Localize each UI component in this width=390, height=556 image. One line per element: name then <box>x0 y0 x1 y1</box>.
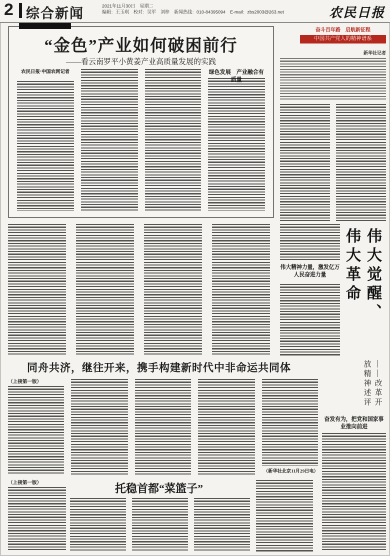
spirit-byline-wrap: 新华社记者 <box>280 50 386 56</box>
spirit-vertical-subtitle: ——改革开放精神述评 <box>342 334 384 416</box>
text-column <box>132 498 188 552</box>
africa-column-1: （上接第一版） <box>8 379 64 475</box>
campaign-banner: 奋斗百年路 启航新征程 中国共产党人的精神谱系 <box>300 27 386 45</box>
text-column <box>81 69 138 211</box>
lead-column-2 <box>81 69 138 211</box>
lead-col4-subhead: 绿色发展 产业融合有质量 <box>208 69 265 84</box>
lead-byline: 农民日报·中国农网记者 <box>17 69 74 75</box>
africa-column-4 <box>198 379 254 475</box>
spirit-vertical-headline-block: 伟大觉醒、伟大革命 ——改革开放精神述评 <box>342 228 384 416</box>
spirit-subhead-1: 伟大精神力量，激发亿万人民奋进力量 <box>280 264 340 279</box>
text-column <box>208 78 265 211</box>
text-column <box>322 433 386 552</box>
text-column <box>194 498 250 552</box>
spirit-byline: 新华社记者 <box>280 50 386 56</box>
masthead-logo: 农民日报 <box>329 2 385 21</box>
banner-strip: 中国共产党人的精神谱系 <box>300 35 386 43</box>
section-title: 综合新闻 <box>26 2 84 22</box>
basket-headline: 托稳首都“菜篮子” <box>66 480 252 496</box>
lead-columns: 农民日报·中国农网记者 绿色发展 产业融合有质量 <box>17 69 265 211</box>
header-divider-bar <box>19 3 22 18</box>
text-column <box>280 284 340 356</box>
text-column <box>145 69 202 211</box>
lead-column-1: 农民日报·中国农网记者 <box>17 69 74 211</box>
continued-marker: （上接第一版） <box>8 379 64 385</box>
header-meta: 2021年11月30日 星期二 编辑：王玉琪 校对：吴军 刘梓 新闻热线：010… <box>102 3 292 19</box>
text-column <box>76 224 134 356</box>
text-column <box>8 224 66 356</box>
lead-column-3 <box>145 69 202 211</box>
text-column <box>336 104 386 222</box>
banner-ribbon: 奋斗百年路 启航新征程 <box>300 27 386 34</box>
lead-column-4: 绿色发展 产业融合有质量 <box>208 69 265 211</box>
text-column <box>135 379 191 475</box>
text-column <box>280 224 340 262</box>
text-column <box>70 498 126 552</box>
africa-column-5: （新华社北京11月29日电） <box>262 379 318 475</box>
text-column <box>280 58 386 100</box>
africa-endnote: （新华社北京11月29日电） <box>262 468 318 474</box>
bottom-left-column: （上接第一版） <box>8 480 66 552</box>
africa-headline: 同舟共济，继往开来，携手构建新时代中非命运共同体 <box>8 360 310 375</box>
text-column <box>8 386 64 475</box>
africa-column-2 <box>71 379 127 475</box>
page-number: 2 <box>4 0 13 20</box>
spirit-column-5: 伟大精神力量，激发亿万人民奋进力量 <box>280 224 340 356</box>
continued-marker: （上接第一版） <box>8 480 66 486</box>
newspaper-page: 2 综合新闻 2021年11月30日 星期二 编辑：王玉琪 校对：吴军 刘梓 新… <box>0 0 390 556</box>
africa-columns: （上接第一版） （新华社北京11月29日电） <box>8 379 318 475</box>
africa-column-3 <box>135 379 191 475</box>
lead-article-box: “金色”产业如何破困前行 ——看云南罗平小黄姜产业高质量发展的实践 农民日报·中… <box>8 26 274 218</box>
text-column <box>71 379 127 475</box>
text-column <box>17 81 74 211</box>
spirit-vertical-headline: 伟大觉醒、伟大革命 <box>342 228 384 329</box>
text-column <box>280 104 330 222</box>
lead-headline: “金色”产业如何破困前行 <box>9 32 273 56</box>
decorative-bar <box>19 23 71 29</box>
text-column <box>256 480 313 552</box>
text-column <box>198 379 254 475</box>
spirit-subhead-2: 奋发有为，把党和国家事业推向前进 <box>322 416 386 431</box>
text-column <box>262 379 318 466</box>
lead-subtitle: ——看云南罗平小黄姜产业高质量发展的实践 <box>9 56 273 67</box>
text-column <box>212 224 270 356</box>
text-column <box>144 224 202 356</box>
editor-line: 编辑：王玉琪 校对：吴军 刘梓 新闻热线：010-84395094 E-mail… <box>102 9 292 15</box>
page-header: 2 综合新闻 2021年11月30日 星期二 编辑：王玉琪 校对：吴军 刘梓 新… <box>0 0 390 23</box>
text-column <box>8 487 66 552</box>
spirit-column-last: 奋发有为，把党和国家事业推向前进 <box>322 416 386 552</box>
